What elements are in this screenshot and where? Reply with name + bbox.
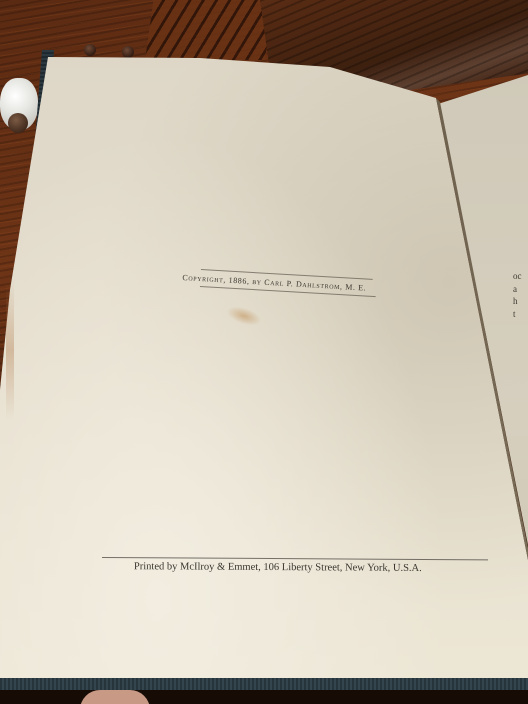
photo-scene: Copyright, 1886, by Carl P. Dahlstrom, M… [0,0,528,704]
book-cover-bottom-edge [0,678,528,690]
rivet-icon [122,46,134,58]
finger [80,690,150,704]
text-fragment: t [513,308,522,321]
printer-imprint: Printed by McIlroy & Emmet, 106 Liberty … [134,561,490,574]
text-fragment: a [513,283,522,296]
shadow-below-book [0,690,528,704]
printer-block: Printed by McIlroy & Emmet, 106 Liberty … [102,557,490,574]
rivet-icon [84,44,96,56]
text-fragment: oc [513,270,522,283]
knob-center-icon [8,113,28,133]
page-foxing [6,280,14,420]
text-fragment: h [513,295,522,308]
wood-panel [145,0,275,60]
right-page-text-fragments: oc a h t [513,270,522,320]
